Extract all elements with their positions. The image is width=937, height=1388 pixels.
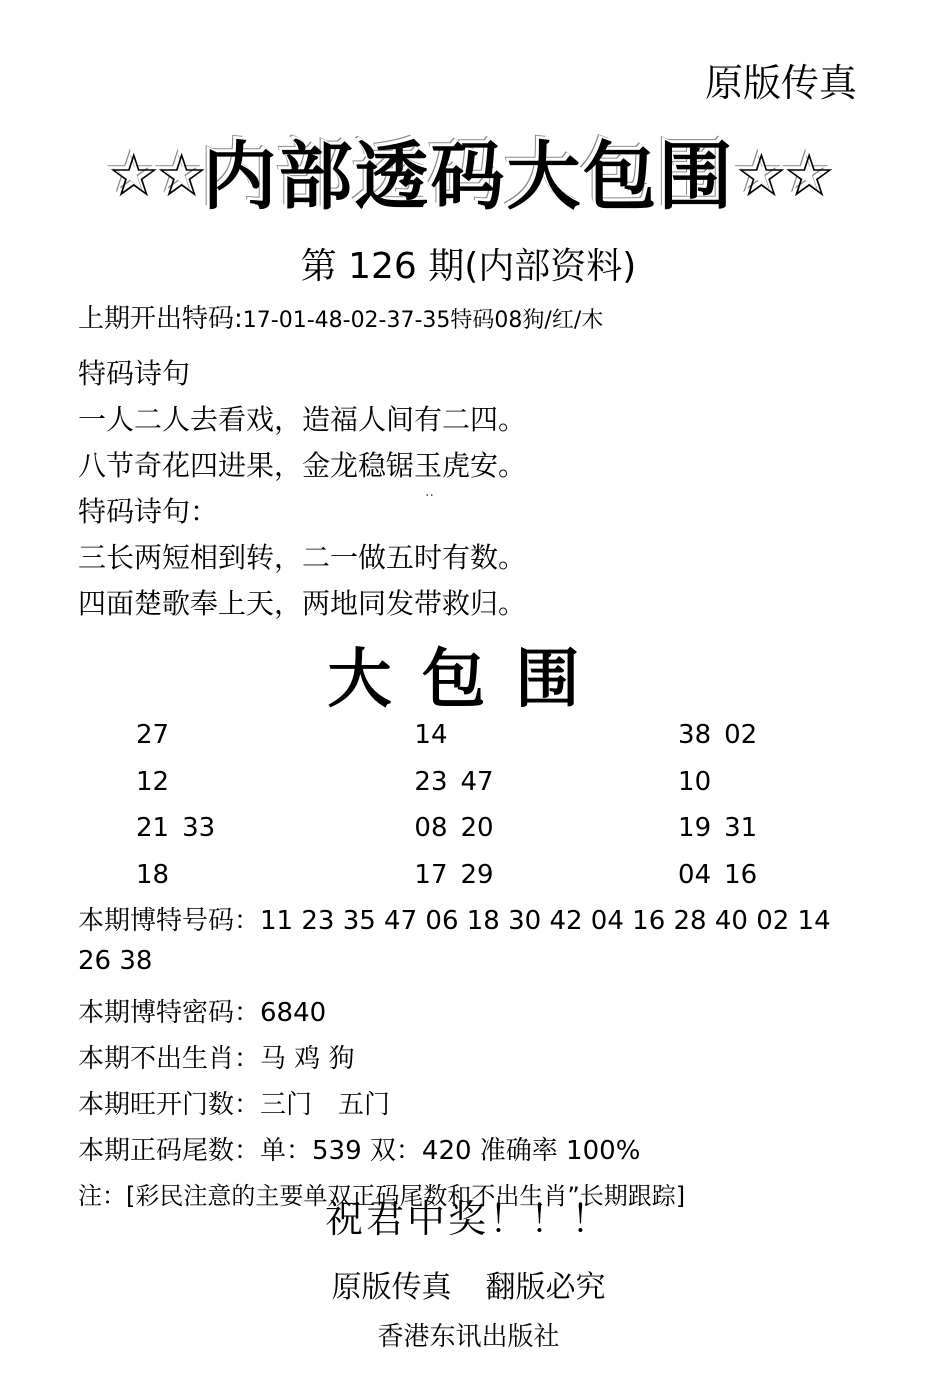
grid-number: 23 [414,767,447,797]
poem-heading: 特码诗句： [78,490,218,530]
publisher: 香港东讯出版社 [0,1316,937,1353]
top-tag: 原版传真 [705,52,857,107]
grid-number: 21 [136,813,169,843]
grid-number: 08 [414,813,447,843]
poem-line: 三长两短相到转，二一做五时有数。 [78,536,526,576]
hot-doors-value: 三门 五门 [260,1090,390,1120]
hot-doors-label: 本期旺开门数： [78,1090,260,1120]
hot-doors: 本期旺开门数：三门 五门 [78,1084,390,1121]
grid-row: 1817290416 [136,852,836,899]
grid-row: 213308201931 [136,805,836,852]
rights-label: 翻版必究 [486,1270,606,1305]
grid-cell: 2347 [414,767,678,797]
copyright-line: 原版传真翻版必究 [0,1262,937,1306]
grid-number: 04 [678,860,711,890]
last-draw-label: 上期开出特码: [78,304,243,334]
tail-label: 本期正码尾数： [78,1136,260,1166]
grid-cell: 14 [414,720,678,750]
tail-numbers: 本期正码尾数：单：539 双：420 准确率 100% [78,1130,640,1167]
original-label: 原版传真 [332,1270,452,1305]
number-grid: 27143802122347102133082019311817290416 [136,712,836,898]
grid-cell: 12 [136,767,414,797]
grid-number: 31 [724,813,757,843]
star-icon: ☆☆ [107,141,203,211]
excluded-zodiac: 本期不出生肖：马 鸡 狗 [78,1038,355,1075]
grid-number: 20 [461,813,494,843]
grid-number: 29 [461,860,494,890]
grid-cell: 0820 [414,813,678,843]
wish-text: 祝君中奖！！！ [0,1188,937,1243]
grid-number: 12 [136,767,169,797]
poem-heading: 特码诗句 [78,352,190,392]
special-numbers: 本期博特号码：11 23 35 47 06 18 30 42 04 16 28 … [78,900,831,937]
grid-row: 12234710 [136,759,836,806]
grid-number: 33 [182,813,215,843]
grid-cell: 18 [136,860,414,890]
grid-number: 27 [136,720,169,750]
grid-number: 18 [136,860,169,890]
grid-cell: 1729 [414,860,678,890]
special-numbers-values: 11 23 35 47 06 18 30 42 04 16 28 40 02 1… [260,906,831,936]
grid-number: 38 [678,720,711,750]
grid-number: 47 [461,767,494,797]
last-draw-value: 17-01-48-02-37-35特码08狗/红/木 [243,308,603,333]
grid-row: 27143802 [136,712,836,759]
excluded-zodiac-value: 马 鸡 狗 [260,1044,355,1074]
grid-number: 17 [414,860,447,890]
grid-number: 02 [724,720,757,750]
secret-code-value: 6840 [260,998,326,1028]
issue-number: 第 126 期(内部资料) [0,238,937,289]
grid-cell: 2133 [136,813,414,843]
grid-cell: 10 [678,767,836,797]
grid-number: 16 [724,860,757,890]
title-text: 内部透码大包围 [203,134,735,220]
special-numbers-label: 本期博特号码： [78,906,260,936]
secret-code: 本期博特密码：6840 [78,992,326,1029]
grid-number: 19 [678,813,711,843]
stray-dots: ·· [425,488,434,504]
grid-cell: 3802 [678,720,836,750]
last-draw: 上期开出特码:17-01-48-02-37-35特码08狗/红/木 [78,298,603,335]
poem-line: 四面楚歌奉上天，两地同发带救归。 [78,582,526,622]
tail-value: 单：539 双：420 准确率 100% [260,1136,640,1166]
excluded-zodiac-label: 本期不出生肖： [78,1044,260,1074]
grid-cell: 1931 [678,813,836,843]
special-numbers-cont: 26 38 [78,946,152,976]
grid-cell: 27 [136,720,414,750]
grid-cell: 0416 [678,860,836,890]
poem-line: 一人二人去看戏，造福人间有二四。 [78,398,526,438]
star-icon: ☆☆ [735,141,831,211]
page-title: ☆☆内部透码大包围☆☆ [0,118,937,224]
grid-number: 10 [678,767,711,797]
section-title: 大包围 [0,628,937,720]
grid-number: 14 [414,720,447,750]
secret-code-label: 本期博特密码： [78,998,260,1028]
poem-line: 八节奇花四进果，金龙稳锯玉虎安。 [78,444,526,484]
